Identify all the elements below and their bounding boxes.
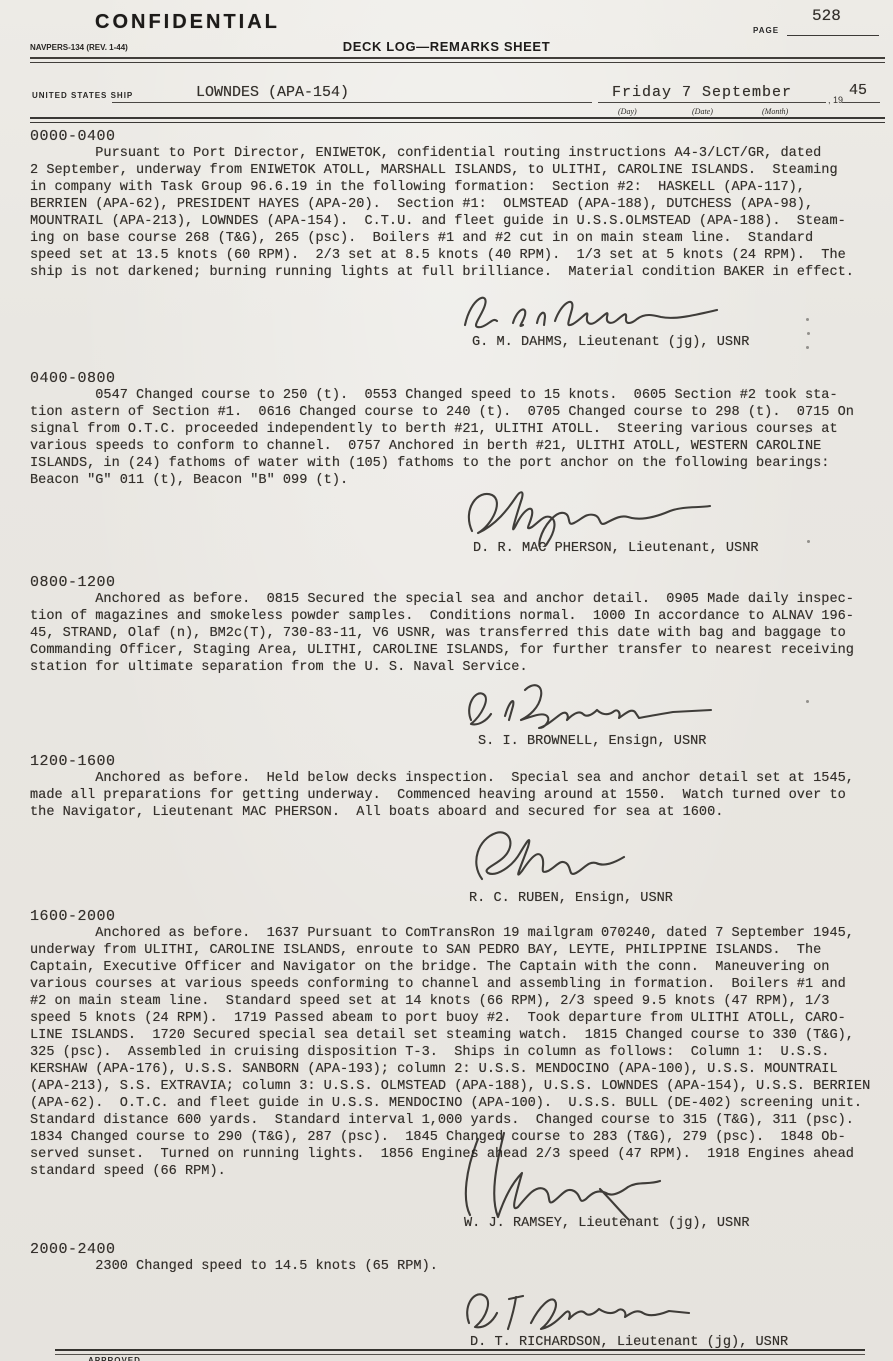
approved-label: APPROVED [88, 1356, 141, 1361]
log-entry-1600-2000: 1600-2000 Anchored as before. 1637 Pursu… [30, 908, 868, 1231]
ship-field-label: UNITED STATES SHIP [32, 91, 133, 100]
log-entry-0400-0800: 0400-0800 0547 Changed course to 250 (t)… [30, 370, 868, 556]
signature-block: D. T. RICHARDSON, Lieutenant (jg), USNR [30, 1283, 868, 1350]
signature-script-icon [460, 823, 660, 891]
year-underline [842, 102, 880, 103]
month-field-label: (Month) [762, 107, 788, 116]
watch-period-label: 2000-2400 [30, 1241, 868, 1258]
signer-name: R. C. RUBEN, Ensign, USNR [469, 891, 868, 906]
remarks-body: 0000-0400 Pursuant to Port Director, ENI… [30, 126, 868, 1350]
watch-remarks-text: 0547 Changed course to 250 (t). 0553 Cha… [30, 387, 868, 489]
signature-script-icon [460, 481, 720, 547]
header-heavy-divider [30, 117, 885, 123]
signature-block: R. C. RUBEN, Ensign, USNR [30, 823, 868, 906]
ship-name-value: LOWNDES (APA-154) [196, 84, 349, 101]
classification-stamp: CONFIDENTIAL [95, 11, 280, 34]
footer-divider [55, 1349, 865, 1355]
signature-script-icon [455, 1283, 705, 1335]
signer-name: D. R. MAC PHERSON, Lieutenant, USNR [473, 541, 868, 556]
watch-remarks-text: Anchored as before. Held below decks ins… [30, 770, 868, 821]
signer-name: D. T. RICHARDSON, Lieutenant (jg), USNR [470, 1335, 868, 1350]
signature-script-icon [450, 1125, 730, 1220]
date-field-underline [598, 102, 826, 103]
watch-period-label: 0800-1200 [30, 574, 868, 591]
log-entry-0000-0400: 0000-0400 Pursuant to Port Director, ENI… [30, 126, 868, 350]
signature-script-icon [455, 287, 735, 335]
page-label: PAGE [753, 26, 779, 35]
day-field-label: (Day) [618, 107, 637, 116]
date-value: Friday 7 September [612, 84, 792, 101]
signature-script-icon [455, 678, 725, 734]
signer-name: W. J. RAMSEY, Lieutenant (jg), USNR [464, 1216, 868, 1231]
watch-period-label: 0400-0800 [30, 370, 868, 387]
scan-speck [807, 332, 810, 335]
header-divider [30, 57, 885, 63]
year-prefix: , 19 [828, 95, 843, 105]
signature-block: S. I. BROWNELL, Ensign, USNR [30, 678, 868, 749]
year-value: 45 [849, 82, 867, 99]
log-entry-1200-1600: 1200-1600 Anchored as before. Held below… [30, 753, 868, 906]
deck-log-page: CONFIDENTIAL 528 PAGE NAVPERS-134 (REV. … [0, 0, 893, 1361]
document-title: DECK LOG—REMARKS SHEET [0, 39, 893, 54]
watch-remarks-text: 2300 Changed speed to 14.5 knots (65 RPM… [30, 1258, 868, 1275]
signature-block: G. M. DAHMS, Lieutenant (jg), USNR [30, 287, 868, 350]
watch-period-label: 1200-1600 [30, 753, 868, 770]
watch-remarks-text: Pursuant to Port Director, ENIWETOK, con… [30, 145, 868, 281]
scan-speck [806, 346, 809, 349]
signer-name: S. I. BROWNELL, Ensign, USNR [478, 734, 868, 749]
watch-remarks-text: Anchored as before. 0815 Secured the spe… [30, 591, 868, 676]
scan-speck [805, 430, 808, 433]
watch-period-label: 1600-2000 [30, 908, 868, 925]
scan-speck [806, 700, 809, 703]
log-entry-2000-2400: 2000-2400 2300 Changed speed to 14.5 kno… [30, 1241, 868, 1350]
page-number-underline [787, 35, 879, 36]
scan-speck [807, 540, 810, 543]
log-entry-0800-1200: 0800-1200 Anchored as before. 0815 Secur… [30, 574, 868, 749]
signature-block: W. J. RAMSEY, Lieutenant (jg), USNR [30, 1125, 868, 1231]
scan-speck [806, 318, 809, 321]
date-field-label: (Date) [692, 107, 713, 116]
signature-block: D. R. MAC PHERSON, Lieutenant, USNR [30, 481, 868, 556]
watch-period-label: 0000-0400 [30, 126, 868, 145]
ship-field-underline [112, 102, 592, 103]
page-number: 528 [812, 7, 841, 25]
